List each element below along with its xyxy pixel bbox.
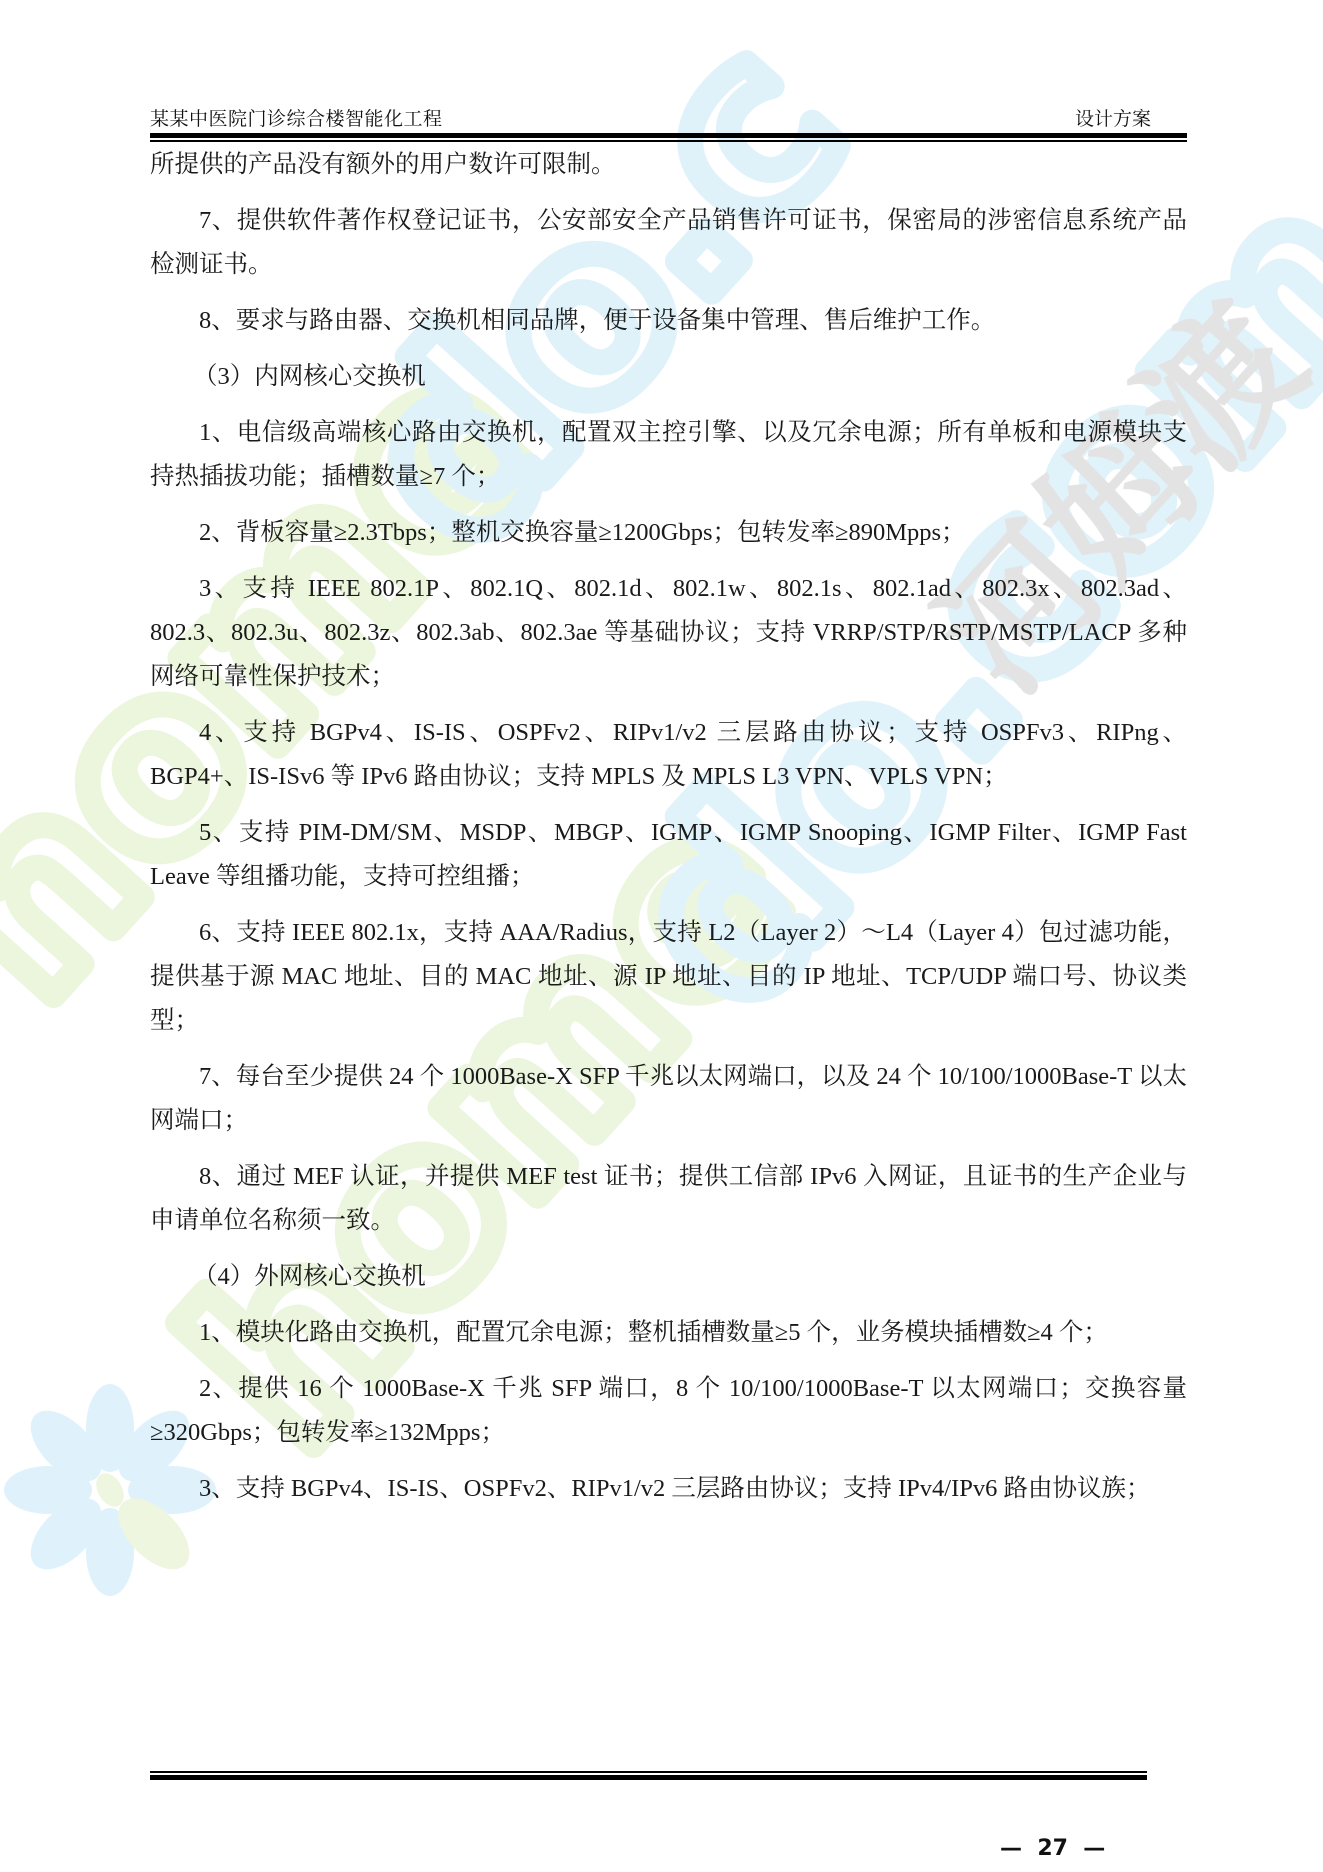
paragraph-item: 5、支持 PIM-DM/SM、MSDP、MBGP、IGMP、IGMP Snoop… [150, 811, 1187, 899]
paragraph-item: 8、通过 MEF 认证，并提供 MEF test 证书；提供工信部 IPv6 入… [150, 1155, 1187, 1243]
footer-divider-thick [150, 1775, 1147, 1780]
paragraph-item: 1、电信级高端核心路由交换机，配置双主控引擎、以及冗余电源；所有单板和电源模块支… [150, 411, 1187, 499]
paragraph-item: 7、提供软件著作权登记证书，公安部安全产品销售许可证书，保密局的涉密信息系统产品… [150, 199, 1187, 287]
paragraph-item: 3、支持 BGPv4、IS-IS、OSPFv2、RIPv1/v2 三层路由协议；… [150, 1467, 1187, 1511]
section-label: 设计方案 [1075, 104, 1151, 131]
paragraph-item: 4、支持 BGPv4、IS-IS、OSPFv2、RIPv1/v2 三层路由协议；… [150, 711, 1187, 799]
page-number: — 27 — [1000, 1836, 1105, 1861]
paragraph-item: 6、支持 IEEE 802.1x，支持 AAA/Radius，支持 L2（Lay… [150, 911, 1187, 1043]
paragraph-item: 1、模块化路由交换机，配置冗余电源；整机插槽数量≥5 个，业务模块插槽数≥4 个… [150, 1311, 1187, 1355]
header-divider-thin [150, 140, 1187, 142]
page-header: 某某中医院门诊综合楼智能化工程 设计方案 [150, 104, 1187, 134]
section-heading: （3）内网核心交换机 [144, 355, 1187, 399]
paragraph-continuation: 所提供的产品没有额外的用户数许可限制。 [150, 143, 1187, 187]
paragraph-item: 2、背板容量≥2.3Tbps；整机交换容量≥1200Gbps；包转发率≥890M… [150, 511, 1187, 555]
section-heading: （4）外网核心交换机 [144, 1255, 1187, 1299]
document-body: 所提供的产品没有额外的用户数许可限制。 7、提供软件著作权登记证书，公安部安全产… [150, 143, 1187, 1523]
paragraph-item: 3、支持 IEEE 802.1P、802.1Q、802.1d、802.1w、80… [150, 567, 1187, 699]
paragraph-item: 2、提供 16 个 1000Base-X 千兆 SFP 端口，8 个 10/10… [150, 1367, 1187, 1455]
document-page: 某某中医院门诊综合楼智能化工程 设计方案 所提供的产品没有额外的用户数许可限制。… [0, 0, 1323, 1872]
header-divider-thick [150, 133, 1187, 138]
project-title: 某某中医院门诊综合楼智能化工程 [150, 104, 443, 131]
paragraph-item: 8、要求与路由器、交换机相同品牌，便于设备集中管理、售后维护工作。 [150, 299, 1187, 343]
footer-divider-thin [150, 1771, 1147, 1773]
paragraph-item: 7、每台至少提供 24 个 1000Base-X SFP 千兆以太网端口，以及 … [150, 1055, 1187, 1143]
